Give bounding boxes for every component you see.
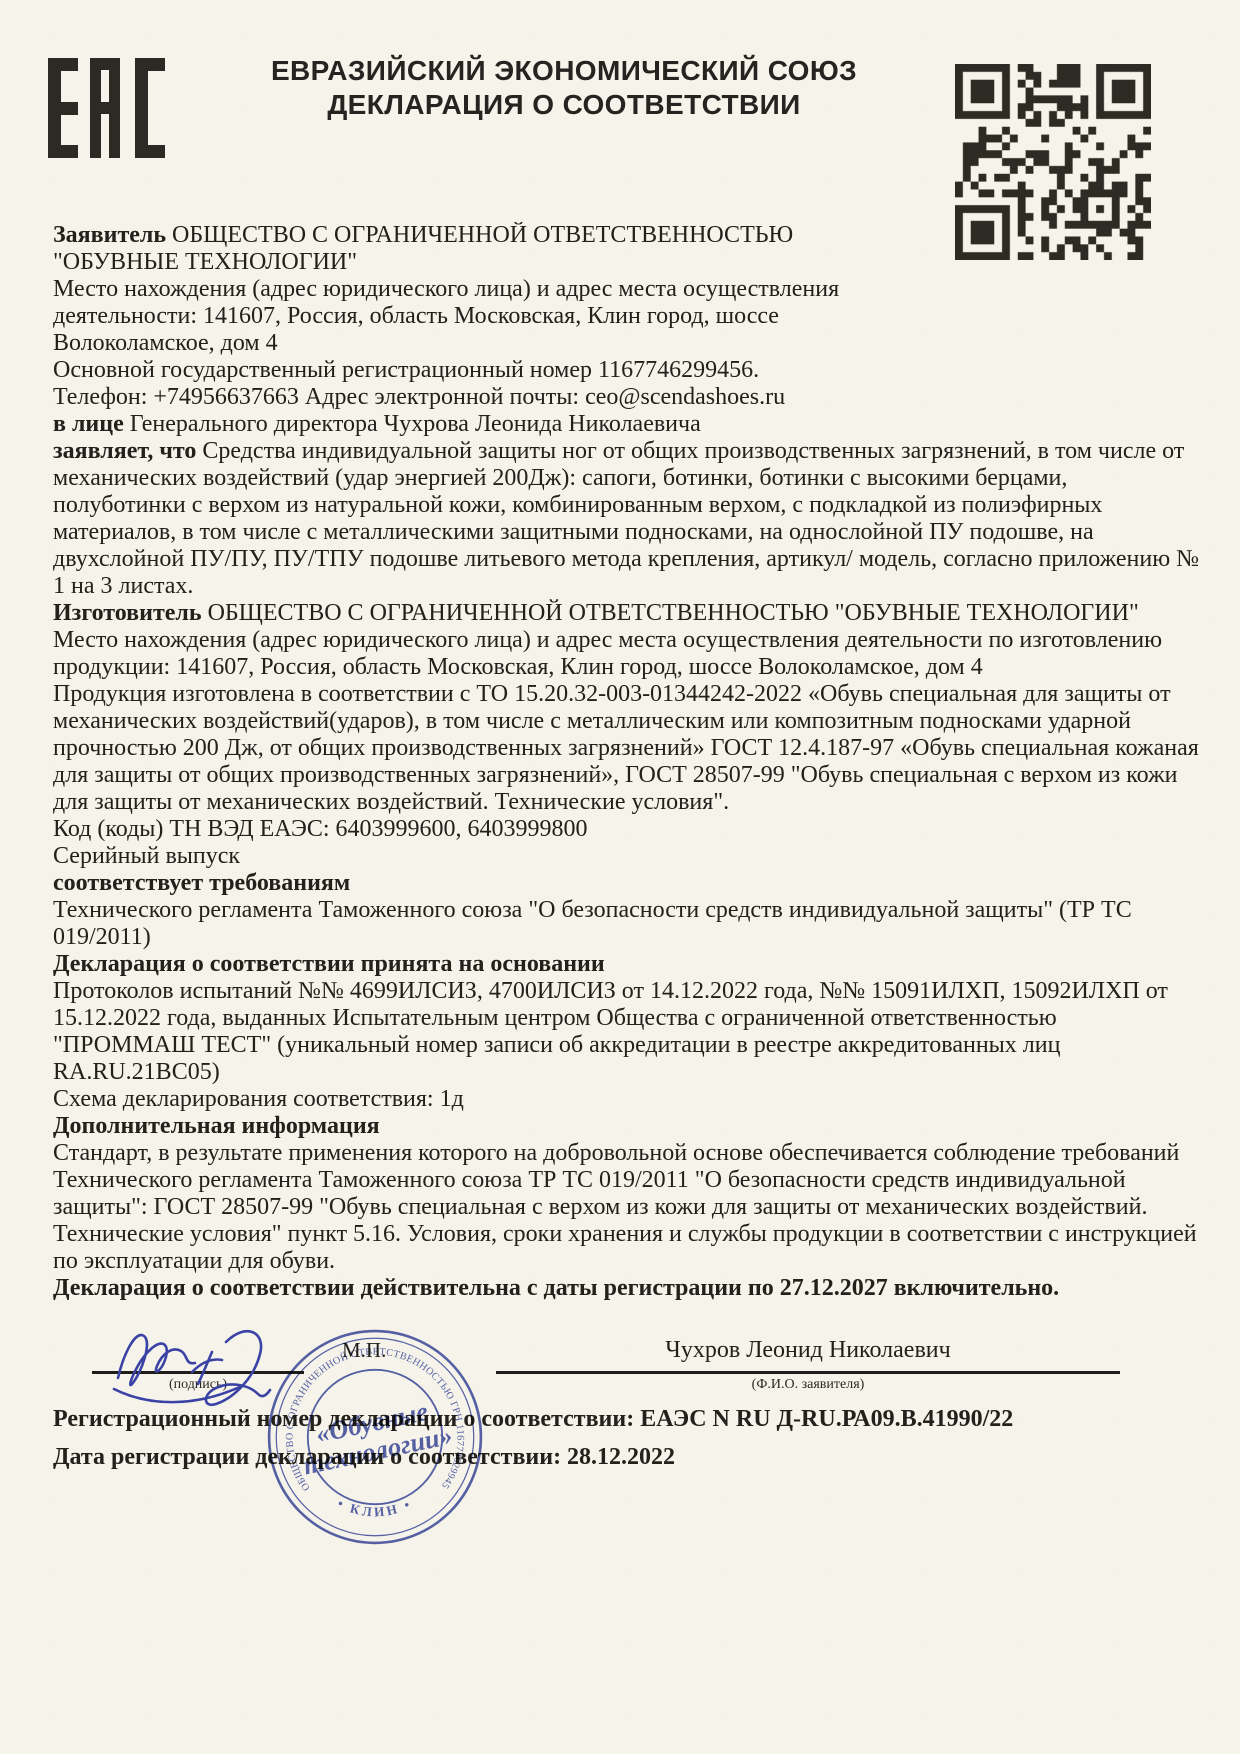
declared-products: Средства индивидуальной защиты ног от об… bbox=[53, 438, 1199, 599]
manufacturer-name: ОБЩЕСТВО С ОГРАНИЧЕННОЙ ОТВЕТСТВЕННОСТЬЮ… bbox=[208, 600, 1139, 626]
basis-text: Протоколов испытаний №№ 4699ИЛСИЗ, 4700И… bbox=[53, 978, 1201, 1086]
stamp-city-text: • КЛИН • bbox=[335, 1496, 415, 1520]
applicant-address: Место нахождения (адрес юридического лиц… bbox=[53, 276, 881, 357]
validity-statement: Декларация о соответствии действительна … bbox=[53, 1275, 1201, 1302]
declares-label: заявляет, что bbox=[53, 438, 196, 464]
document-title: ЕВРАЗИЙСКИЙ ЭКОНОМИЧЕСКИЙ СОЮЗ ДЕКЛАРАЦИ… bbox=[240, 54, 888, 122]
release-type: Серийный выпуск bbox=[53, 843, 1201, 870]
applicant-contacts: Телефон: +74956637663 Адрес электронной … bbox=[53, 384, 1201, 411]
name-caption: (Ф.И.О. заявителя) bbox=[496, 1377, 1120, 1393]
additional-info-heading: Дополнительная информация bbox=[53, 1113, 1201, 1140]
applicant-name-paragraph: Заявитель ОБЩЕСТВО С ОГРАНИЧЕННОЙ ОТВЕТС… bbox=[53, 222, 881, 276]
representative-name: Генерального директора Чухрова Леонида Н… bbox=[130, 411, 701, 437]
name-line bbox=[496, 1371, 1120, 1374]
production-info: Продукция изготовлена в соответствии с Т… bbox=[53, 681, 1201, 816]
compliance-heading: соответствует требованиям bbox=[53, 870, 1201, 897]
manufacturer-address: Место нахождения (адрес юридического лиц… bbox=[53, 627, 1201, 681]
manufacturer-name-paragraph: Изготовитель ОБЩЕСТВО С ОГРАНИЧЕННОЙ ОТВ… bbox=[53, 600, 1201, 627]
applicant-label: Заявитель bbox=[53, 222, 166, 248]
applicant-ogrn: Основной государственный регистрационный… bbox=[53, 357, 1201, 384]
document-body: Заявитель ОБЩЕСТВО С ОГРАНИЧЕННОЙ ОТВЕТС… bbox=[53, 222, 1201, 1302]
additional-info-text: Стандарт, в результате применения которо… bbox=[53, 1140, 1201, 1275]
eac-letters bbox=[48, 58, 165, 158]
representative-paragraph: в лице Генерального директора Чухрова Ле… bbox=[53, 411, 1201, 438]
declaration-document: ЕВРАЗИЙСКИЙ ЭКОНОМИЧЕСКИЙ СОЮЗ ДЕКЛАРАЦИ… bbox=[0, 0, 1240, 1754]
manufacturer-label: Изготовитель bbox=[53, 600, 202, 626]
representative-label: в лице bbox=[53, 411, 124, 437]
document-type: ДЕКЛАРАЦИЯ О СООТВЕТСТВИИ bbox=[240, 88, 888, 122]
basis-heading: Декларация о соответствии принята на осн… bbox=[53, 951, 1201, 978]
declaration-paragraph: заявляет, что Средства индивидуальной за… bbox=[53, 438, 1201, 600]
union-name: ЕВРАЗИЙСКИЙ ЭКОНОМИЧЕСКИЙ СОЮЗ bbox=[240, 54, 888, 88]
company-stamp: ОБЩЕСТВО С ОГРАНИЧЕННОЙ ОТВЕТСТВЕННОСТЬЮ… bbox=[263, 1325, 487, 1549]
tnved-codes: Код (коды) ТН ВЭД ЕАЭС: 6403999600, 6403… bbox=[53, 816, 1201, 843]
compliance-text: Технического регламента Таможенного союз… bbox=[53, 897, 1201, 951]
eac-logo bbox=[48, 58, 165, 158]
declaration-scheme: Схема декларирования соответствия: 1д bbox=[53, 1086, 1201, 1113]
signer-name: Чухров Леонид Николаевич bbox=[496, 1337, 1120, 1364]
